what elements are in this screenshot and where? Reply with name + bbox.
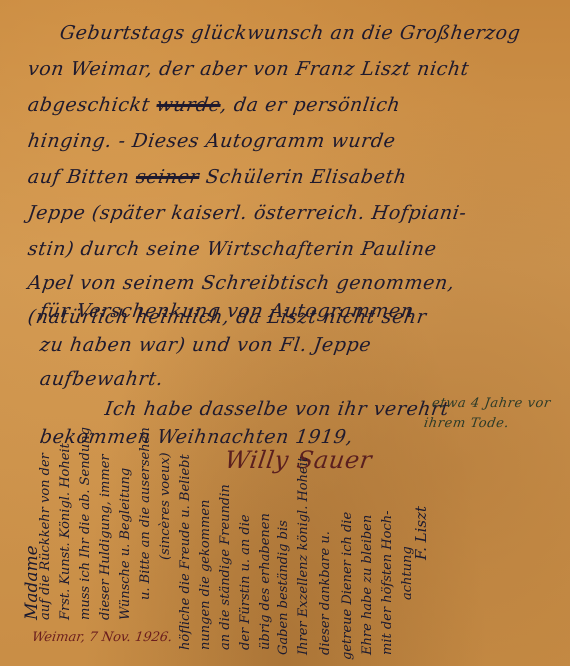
text-line-6: Jeppe (später kaiserl. österreich. Hofpi… xyxy=(26,202,468,224)
vertical-col-8: höfliche die Freude u. Beliebt xyxy=(178,454,193,650)
text-da-er-persoenlich: da er persönlich xyxy=(232,94,402,116)
vertical-col-7: (sincères voeux) xyxy=(158,452,173,560)
vertical-col-3: muss ich Ihr die ab. Sendung xyxy=(78,427,93,620)
text-line-12: aufbewahrt. xyxy=(38,368,164,390)
struck-word-wurde: wurde xyxy=(155,94,222,116)
margin-note-line-1: etwa 4 Jahre vor xyxy=(431,396,552,411)
vertical-col-18: mit der höfsten Hoch- xyxy=(380,510,395,655)
struck-word-seiner: seiner xyxy=(135,166,201,188)
vertical-col-13: Gaben beständig bis xyxy=(276,520,291,655)
text-abgeschickt: abgeschickt xyxy=(26,94,151,116)
vertical-col-16: getreue Diener ich die xyxy=(340,512,355,660)
text-line-2: von Weimar, der aber von Franz Liszt nic… xyxy=(26,58,470,80)
closing-signature-liszt: F. Liszt xyxy=(412,506,430,560)
text-line-5: auf Bitten seiner Schülerin Elisabeth xyxy=(26,166,408,188)
vertical-col-17: Ehre habe zu bleiben xyxy=(360,515,375,655)
text-line-13: Ich habe dasselbe von ihr verehrt xyxy=(103,398,450,420)
vertical-col-10: an die ständige Freundin xyxy=(218,484,233,650)
text-line-7: stin) durch seine Wirtschafterin Pauline xyxy=(26,238,438,260)
vertical-col-14: Ihrer Exzellenz königl. Hoheit xyxy=(296,457,311,655)
text-line-10: für Verschenkung von Autogrammen xyxy=(38,300,415,322)
margin-note-line-2: ihrem Tode. xyxy=(423,416,510,431)
vertical-col-11: der Fürstin u. an die xyxy=(238,514,253,650)
vertical-col-6: u. Bitte an die ausersehen xyxy=(138,427,153,600)
vertical-col-15: dieser dankbare u. xyxy=(318,531,333,655)
text-line-11: zu haben war) und von Fl. Jeppe xyxy=(38,334,372,356)
vertical-col-5: Wünsche u. Begleitung xyxy=(118,468,133,620)
vertical-col-12: übrig des erhabenen xyxy=(258,513,273,650)
vertical-col-4: dieser Huldigung, immer xyxy=(98,454,113,620)
text-auf-bitten: auf Bitten xyxy=(26,166,131,188)
place-date: Weimar, 7 Nov. 1926. xyxy=(31,630,173,645)
text-line-1: Geburtstags glückwunsch an die Großherzo… xyxy=(58,22,522,44)
vertical-col-2: Frst. Kunst. Königl. Hoheit xyxy=(58,443,73,620)
vertical-col-1: auf die Rückkehr von der xyxy=(38,453,53,620)
text-line-4: hinging. - Dieses Autogramm wurde xyxy=(26,130,397,152)
letter-page: Geburtstags glückwunsch an die Großherzo… xyxy=(0,0,570,666)
text-line-8: Apel von seinem Schreibtisch genommen, xyxy=(26,272,456,294)
vertical-col-9: nungen die gekommen xyxy=(198,500,213,650)
text-line-3: abgeschickt wurde, da er persönlich xyxy=(26,94,401,116)
text-schuelerin: Schülerin Elisabeth xyxy=(204,166,408,188)
